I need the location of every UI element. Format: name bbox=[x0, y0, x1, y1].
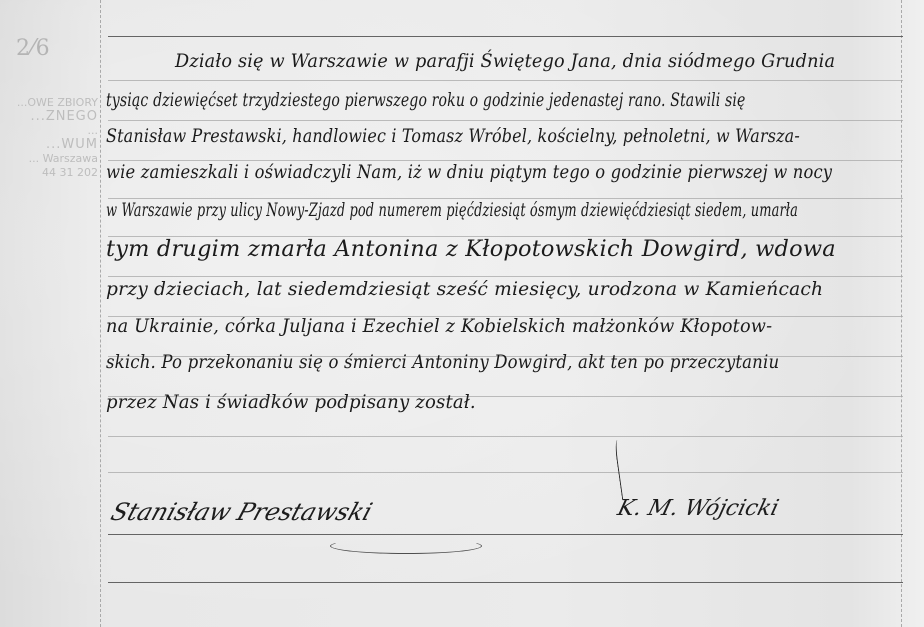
stamp-line: ...ZNEGO bbox=[0, 110, 98, 124]
header-rule bbox=[108, 36, 903, 37]
text-line-7: przy dzieciach, lat siedemdziesiąt sześć… bbox=[106, 278, 823, 300]
signature-witness: Stanisław Prestawski bbox=[107, 498, 375, 526]
document-page: 2⁄6 ...OWE ZBIORY ...ZNEGO ... ...WUM ..… bbox=[0, 0, 924, 627]
ruled-line bbox=[108, 472, 903, 473]
text-line-8: na Ukrainie, córka Juljana i Ezechiel z … bbox=[106, 315, 772, 337]
ruled-line bbox=[108, 436, 903, 437]
text-line-4: wie zamieszkali i oświadczyli Nam, iż w … bbox=[106, 161, 832, 183]
ruled-line bbox=[108, 120, 903, 121]
ruled-line bbox=[108, 80, 903, 81]
left-margin-rule bbox=[100, 0, 101, 627]
text-line-2: tysiąc dziewięćset trzydziestego pierwsz… bbox=[106, 89, 746, 111]
text-line-5: w Warszawie przy ulicy Nowy-Zjazd pod nu… bbox=[106, 199, 798, 221]
right-margin-rule bbox=[901, 0, 902, 627]
text-line-10: przez Nas i świadków podpisany został. bbox=[106, 391, 476, 413]
text-line-6: tym drugim zmarła Antonina z Kłopotowski… bbox=[106, 237, 836, 262]
stamp-line: ...OWE ZBIORY bbox=[0, 96, 98, 110]
signature-stroke bbox=[614, 440, 631, 500]
ruled-line bbox=[108, 276, 903, 277]
act-number: 2⁄6 bbox=[16, 36, 51, 61]
stamp-line: ... bbox=[0, 124, 98, 138]
text-line-1: Działo się w Warszawie w parafji Święteg… bbox=[175, 50, 835, 72]
footer-rule bbox=[108, 582, 903, 583]
stamp-line: 44 31 202 bbox=[0, 166, 98, 180]
archive-stamp: ...OWE ZBIORY ...ZNEGO ... ...WUM ... Wa… bbox=[0, 96, 98, 180]
stamp-line: ... Warszawa bbox=[0, 152, 98, 166]
signature-official: K. M. Wójcicki bbox=[615, 496, 781, 521]
signature-rule bbox=[108, 534, 903, 535]
text-line-3: Stanisław Prestawski, handlowiec i Tomas… bbox=[106, 125, 800, 147]
stamp-line: ...WUM bbox=[0, 138, 98, 152]
signature-flourish bbox=[330, 538, 482, 554]
text-line-9: skich. Po przekonaniu się o śmierci Anto… bbox=[106, 351, 779, 373]
